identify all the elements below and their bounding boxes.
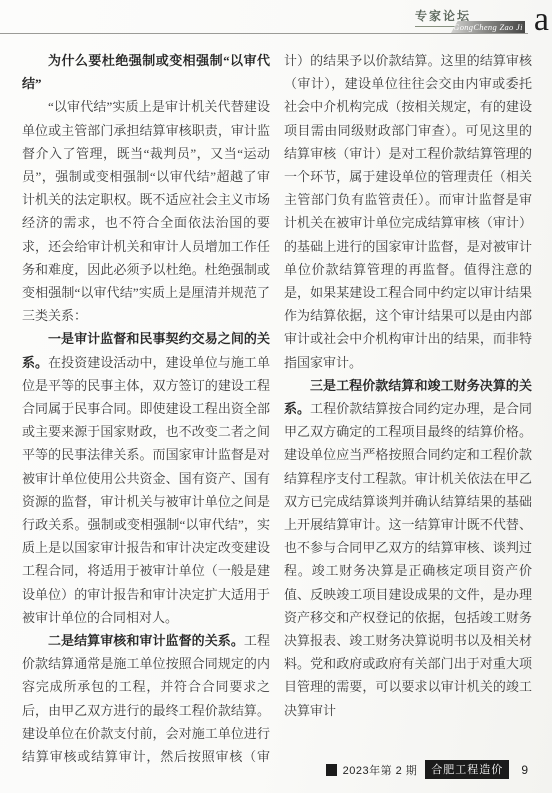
journal-logo-text: GongCheng Zao Ji <box>453 22 523 32</box>
page-number: 9 <box>521 763 528 777</box>
paragraph-text: 在投资建设活动中，建设单位与施工单位是平等的民事主体，双方签订的建设工程合同属于… <box>22 355 270 625</box>
page-footer: 2023年第 2 期 合肥工程造价 9 <box>326 760 528 779</box>
footer-square-icon <box>326 764 337 776</box>
paragraph-lead: 二是结算审核和审计监督的关系。 <box>48 633 244 648</box>
paragraph-text: 工程价款结算按合同约定办理，是合同甲乙双方确定的工程项目最终的结算价格。建设单位… <box>284 401 532 718</box>
paragraph-relation-1: 一是审计监督和民事契约交易之间的关系。在投资建设活动中，建设单位与施工单位是平等… <box>22 327 270 629</box>
journal-name-badge: 合肥工程造价 <box>425 760 509 779</box>
article-body: 为什么要杜绝强制或变相强制“以审代结” “以审代结”实质上是审计机关代替建设单位… <box>22 49 532 771</box>
paragraph-text: “以审代结”实质上是审计机关代替建设单位或主管部门承担结算审核职责，审计监督介入… <box>22 99 270 323</box>
paragraph-relation-3: 三是工程价款结算和竣工财务决算的关系。工程价款结算按合同约定办理，是合同甲乙双方… <box>284 374 532 722</box>
paragraph-intro: “以审代结”实质上是审计机关代替建设单位或主管部门承担结算审核职责，审计监督介入… <box>22 95 270 327</box>
issue-label: 2023年第 2 期 <box>343 762 418 778</box>
journal-page: 专家论坛 GongCheng Zao Ji a 为什么要杜绝强制或变相强制“以审… <box>0 0 552 793</box>
header-rule <box>0 33 528 34</box>
section-heading: 为什么要杜绝强制或变相强制“以审代结” <box>22 49 270 95</box>
journal-logo-band: GongCheng Zao Ji <box>451 21 525 33</box>
journal-logo-letter: a <box>534 2 549 38</box>
